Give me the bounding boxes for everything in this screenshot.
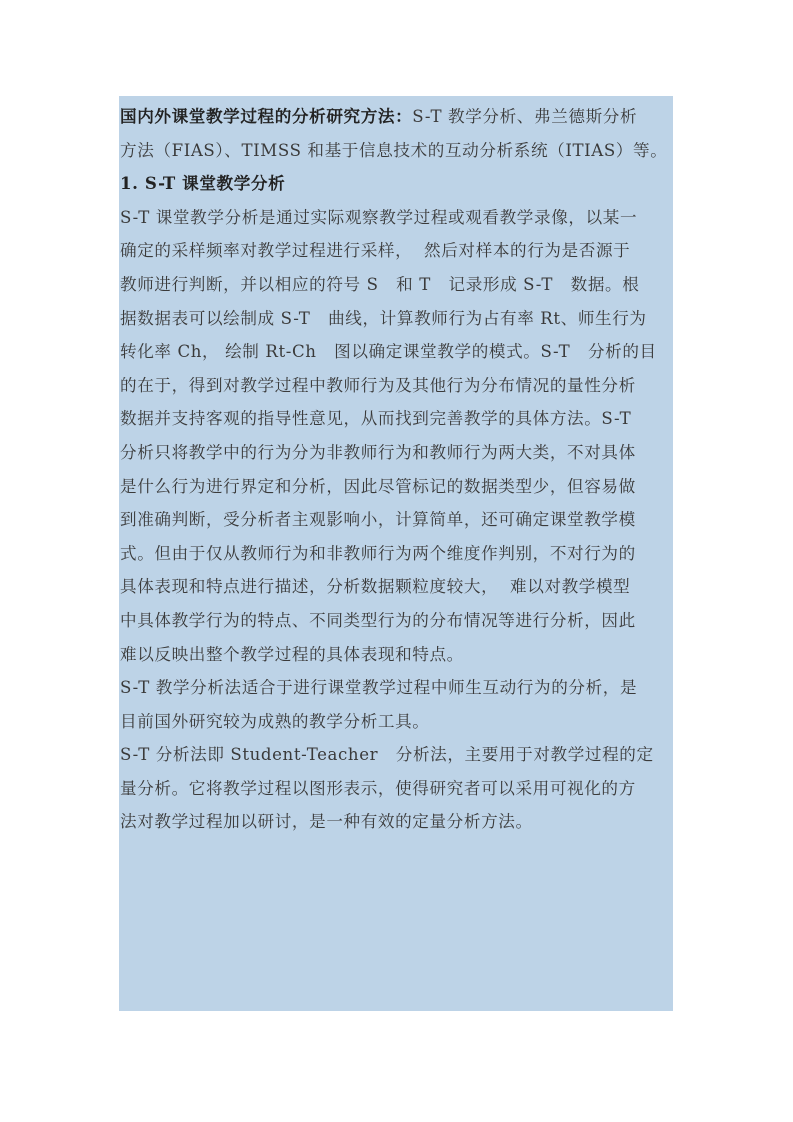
paragraph-1-line: 难以反映出整个教学过程的具体表现和特点。: [120, 638, 676, 672]
paragraph-3: S-T 分析法即 Student-Teacher 分析法，主要用于对教学过程的定…: [120, 738, 676, 839]
paragraph-2-line: S-T 教学分析法适合于进行课堂教学过程中师生互动行为的分析，是: [120, 671, 676, 705]
section-heading: 1. S-T 课堂教学分析: [120, 167, 676, 201]
paragraph-1-line: 中具体教学行为的特点、不同类型行为的分布情况等进行分析，因此: [120, 604, 676, 638]
paragraph-1-line: 数据并支持客观的指导性意见，从而找到完善教学的具体方法。S-T: [120, 402, 676, 436]
paragraph-1-line: 是什么行为进行界定和分析，因此尽管标记的数据类型少，但容易做: [120, 470, 676, 504]
paragraph-1-line: 据数据表可以绘制成 S-T 曲线，计算教师行为占有率 Rt、师生行为: [120, 302, 676, 336]
paragraph-1-line: 分析只将教学中的行为分为非教师行为和教师行为两大类，不对具体: [120, 436, 676, 470]
paragraph-1-line: 确定的采样频率对教学过程进行采样， 然后对样本的行为是否源于: [120, 234, 676, 268]
paragraph-2: S-T 教学分析法适合于进行课堂教学过程中师生互动行为的分析，是 目前国外研究较…: [120, 671, 676, 738]
paragraph-1-line: 的在于，得到对教学过程中教师行为及其他行为分布情况的量性分析: [120, 369, 676, 403]
paragraph-1-line: 到准确判断，受分析者主观影响小，计算简单，还可确定课堂教学模: [120, 503, 676, 537]
intro-line-2: 方法（FIAS）、TIMSS 和基于信息技术的互动分析系统（ITIAS）等。: [120, 134, 676, 168]
intro-line-1: 国内外课堂教学过程的分析研究方法：S-T 教学分析、弗兰德斯分析: [120, 100, 676, 134]
paragraph-3-line: 量分析。它将教学过程以图形表示，使得研究者可以采用可视化的方: [120, 772, 676, 806]
intro-line-1-rest: S-T 教学分析、弗兰德斯分析: [412, 107, 637, 126]
paragraph-3-line: S-T 分析法即 Student-Teacher 分析法，主要用于对教学过程的定: [120, 738, 676, 772]
paragraph-2-line: 目前国外研究较为成熟的教学分析工具。: [120, 705, 676, 739]
intro-bold-prefix: 国内外课堂教学过程的分析研究方法：: [120, 106, 412, 126]
paragraph-1-line: S-T 课堂教学分析是通过实际观察教学过程或观看教学录像，以某一: [120, 201, 676, 235]
paragraph-1-line: 转化率 Ch， 绘制 Rt-Ch 图以确定课堂教学的模式。S-T 分析的目: [120, 335, 676, 369]
paragraph-1: S-T 课堂教学分析是通过实际观察教学过程或观看教学录像，以某一 确定的采样频率…: [120, 201, 676, 671]
paragraph-1-line: 教师进行判断，并以相应的符号 S 和 T 记录形成 S-T 数据。根: [120, 268, 676, 302]
paragraph-1-line: 式。但由于仅从教师行为和非教师行为两个维度作判别，不对行为的: [120, 537, 676, 571]
paragraph-1-line: 具体表现和特点进行描述，分析数据颗粒度较大， 难以对教学模型: [120, 570, 676, 604]
paragraph-3-line: 法对教学过程加以研讨，是一种有效的定量分析方法。: [120, 805, 676, 839]
document-body: 国内外课堂教学过程的分析研究方法：S-T 教学分析、弗兰德斯分析 方法（FIAS…: [120, 100, 676, 839]
document-page: 国内外课堂教学过程的分析研究方法：S-T 教学分析、弗兰德斯分析 方法（FIAS…: [0, 0, 793, 1122]
